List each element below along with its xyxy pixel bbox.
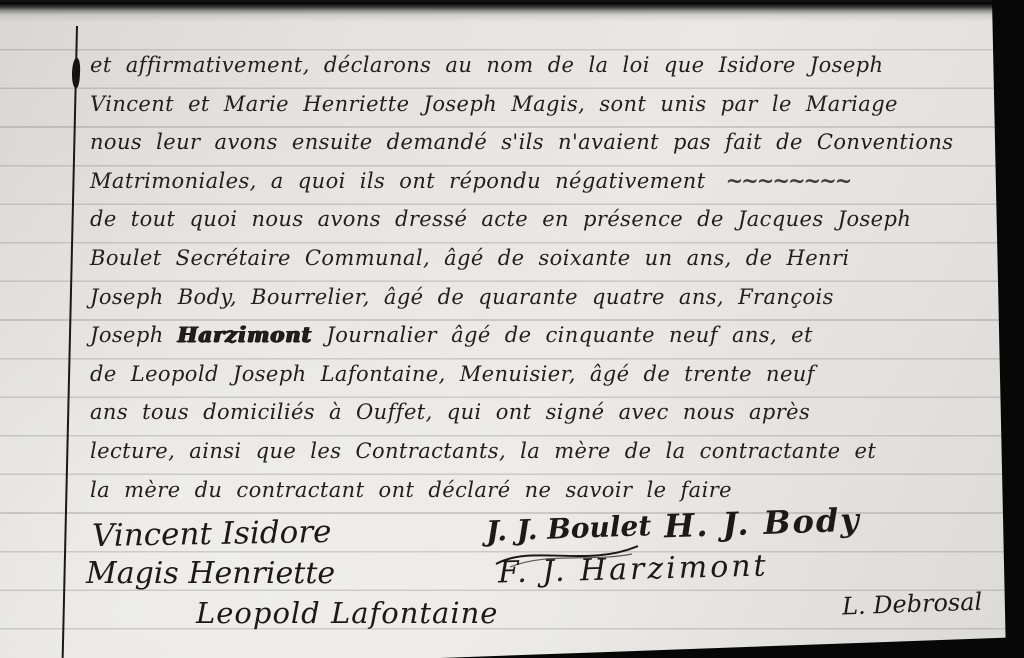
signature-registrar: L. Debrosal <box>842 588 983 621</box>
text-line: ans tous domiciliés à Ouffet, qui ont si… <box>90 393 994 432</box>
line-text: Journalier âgé de cinquante neuf ans, et <box>312 323 812 347</box>
signature-witness-lafontaine: Leopold Lafontaine <box>196 596 498 630</box>
line-text: nous leur avons ensuite demandé s'ils n'… <box>90 130 953 154</box>
scan-top-edge <box>0 0 1024 22</box>
margin-rule-line <box>62 26 78 658</box>
text-line: Boulet Secrétaire Communal, âgé de soixa… <box>90 239 994 278</box>
text-line: de tout quoi nous avons dressé acte en p… <box>90 200 994 239</box>
text-line: lecture, ainsi que les Contractants, la … <box>90 432 994 471</box>
line-text: Boulet Secrétaire Communal, âgé de soixa… <box>90 246 850 270</box>
signature-witness-body: H. J. Body <box>663 501 861 546</box>
line-text: ans tous domiciliés à Ouffet, qui ont si… <box>90 400 810 424</box>
text-line: Vincent et Marie Henriette Joseph Magis,… <box>90 85 994 124</box>
line-filler-squiggle: ~~~~~~~~ <box>706 168 851 193</box>
line-text: Joseph <box>90 323 178 347</box>
text-line: de Leopold Joseph Lafontaine, Menuisier,… <box>90 355 994 394</box>
text-line: nous leur avons ensuite demandé s'ils n'… <box>90 123 994 162</box>
line-text: lecture, ainsi que les Contractants, la … <box>90 439 876 463</box>
overwritten-surname: Harzimont <box>178 322 313 347</box>
record-text: et affirmativement, déclarons au nom de … <box>90 46 994 509</box>
line-text: Joseph Body, Bourrelier, âgé de quarante… <box>90 285 834 309</box>
text-line: et affirmativement, déclarons au nom de … <box>90 46 994 85</box>
text-line: Joseph Body, Bourrelier, âgé de quarante… <box>90 278 994 317</box>
scan-bottom-edge <box>440 628 1024 658</box>
line-text: Vincent et Marie Henriette Joseph Magis,… <box>90 92 898 116</box>
signature-groom: Vincent Isidore <box>92 514 332 554</box>
line-text: la mère du contractant ont déclaré ne sa… <box>90 478 732 502</box>
text-line: Matrimoniales, a quoi ils ont répondu né… <box>90 162 994 201</box>
line-text: de Leopold Joseph Lafontaine, Menuisier,… <box>90 362 815 386</box>
line-text: et affirmativement, déclarons au nom de … <box>90 53 883 77</box>
signature-flourish <box>492 542 642 568</box>
line-text: de tout quoi nous avons dressé acte en p… <box>90 207 911 231</box>
signature-bride: Magis Henriette <box>86 556 335 591</box>
scanned-register-page: et affirmativement, déclarons au nom de … <box>0 0 1024 658</box>
line-text: Matrimoniales, a quoi ils ont répondu né… <box>90 169 706 193</box>
ink-blot <box>71 58 81 88</box>
text-line: Joseph Harzimont Journalier âgé de cinqu… <box>90 316 994 355</box>
